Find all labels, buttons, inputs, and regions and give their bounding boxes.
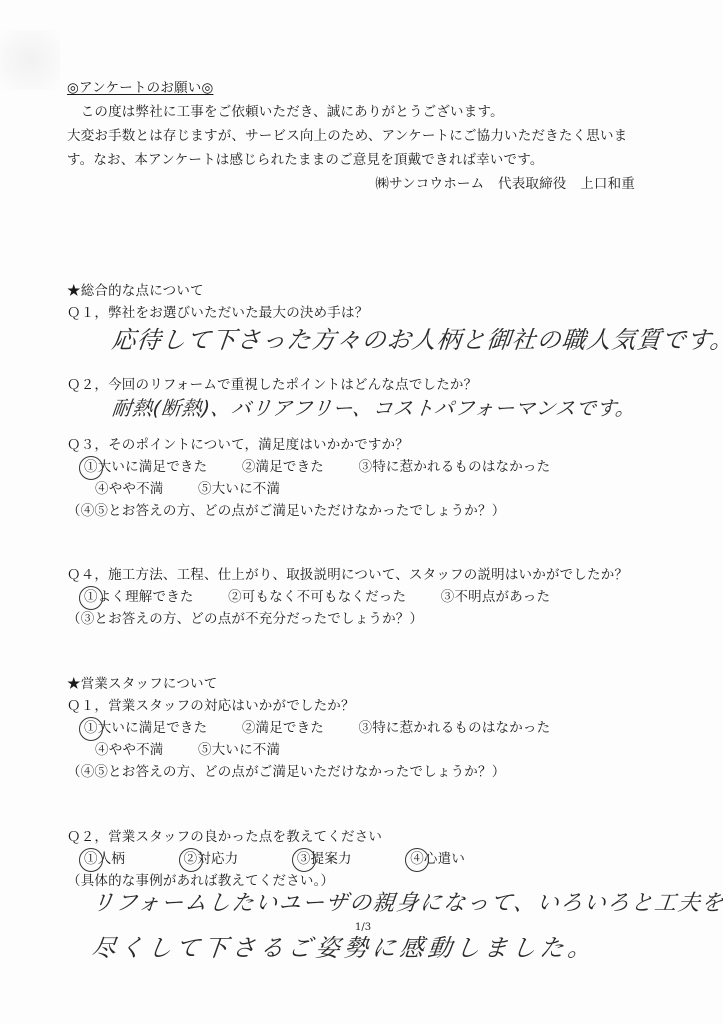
sales-q1-option-3[interactable]: ③特に惹かれるものはなかった [359,720,551,737]
sales-q2-question: Ｑ２，営業スタッフの良かった点を教えてください [67,829,382,846]
general-q3-option-2[interactable]: ②満足できた [242,459,324,476]
sales-q1-option-4[interactable]: ④やや不満 [95,742,164,759]
general-q3-followup: （④⑤とお答えの方、どの点がご満足いただけなかったでしょうか？） [67,503,505,520]
intro-line-2: 大変お手数とは存じますが、サービス向上のため、アンケートにご協力いただきたく思い… [67,128,627,145]
general-q3-options-row2: ④やや不満 ⑤大いに不満 [95,481,280,498]
signature: ㈱サンコウホーム 代表取締役 上口和重 [375,176,635,193]
sales-q2-option-2-selected[interactable]: ②対応力 [184,851,239,868]
general-q1-handwritten-answer: 応待して下さった方々のお人柄と御社の職人気質です。 [110,320,723,355]
general-q3-option-1-selected[interactable]: ①大いに満足できた [84,459,207,476]
general-q4-followup: （③とお答えの方、どの点が不充分だったでしょうか？） [67,611,423,628]
section-sales-heading: ★営業スタッフについて [67,676,217,693]
intro-line-1: この度は弊社に工事をご依頼いただき、誠にありがとうございます。 [67,104,504,121]
sales-q1-question: Ｑ１，営業スタッフの対応はいかがでしたか？ [67,698,355,715]
general-q4-option-3[interactable]: ③不明点があった [441,589,550,606]
sales-q1-options-row2: ④やや不満 ⑤大いに不満 [95,742,280,759]
sales-q1-followup: （④⑤とお答えの方、どの点がご満足いただけなかったでしょうか？） [67,764,505,781]
intro-line-3: す。なお、本アンケートは感じられたままのご意見を頂戴できれば幸いです。 [67,152,544,169]
scan-smudge [0,30,60,90]
sales-q2-handwritten-answer-line-1: リフォームしたいユーザの親身になって、いろいろと工夫をなさって、最善を [90,886,723,917]
section-general-heading: ★総合的な点について [67,283,204,300]
sales-q2-option-3-selected[interactable]: ③提案力 [297,851,352,868]
general-q4-option-1-selected[interactable]: ①よく理解できた [84,589,194,606]
general-q3-option-5[interactable]: ⑤大いに不満 [198,481,280,498]
sales-q1-option-5[interactable]: ⑤大いに不満 [198,742,280,759]
general-q4-options-row1: ①よく理解できた ②可もなく不可もなくだった ③不明点があった [84,589,550,606]
survey-title: ◎アンケートのお願い◎ [67,80,213,97]
survey-page: ◎アンケートのお願い◎ この度は弊社に工事をご依頼いただき、誠にありがとうござい… [0,0,723,1024]
sales-q2-handwritten-answer-line-2: 尽くして下さるご姿勢に感動しました。 [90,928,598,963]
sales-q2-options-row1: ①人柄 ②対応力 ③提案力 ④心遣い [84,851,465,868]
general-q2-handwritten-answer: 耐熱(断熱)、バリアフリー、コストパフォーマンスです。 [110,392,637,421]
general-q3-question: Ｑ３，そのポイントについて，満足度はいかかですか？ [67,437,409,454]
sales-q1-options-row1: ①大いに満足できた ②満足できた ③特に惹かれるものはなかった [84,720,550,737]
sales-q2-option-4-selected[interactable]: ④心遣い [410,851,465,868]
general-q4-option-2[interactable]: ②可もなく不可もなくだった [228,589,406,606]
general-q3-options-row1: ①大いに満足できた ②満足できた ③特に惹かれるものはなかった [84,459,550,476]
page-number: 1/3 [355,922,371,933]
general-q3-option-3[interactable]: ③特に惹かれるものはなかった [359,459,551,476]
general-q4-question: Ｑ４，施工方法、工程、仕上がり、取扱説明について、スタッフの説明はいかがでしたか… [67,567,628,584]
sales-q1-option-2[interactable]: ②満足できた [242,720,324,737]
sales-q1-option-1-selected[interactable]: ①大いに満足できた [84,720,207,737]
sales-q2-option-1-selected[interactable]: ①人柄 [84,851,125,868]
general-q3-option-4[interactable]: ④やや不満 [95,481,164,498]
